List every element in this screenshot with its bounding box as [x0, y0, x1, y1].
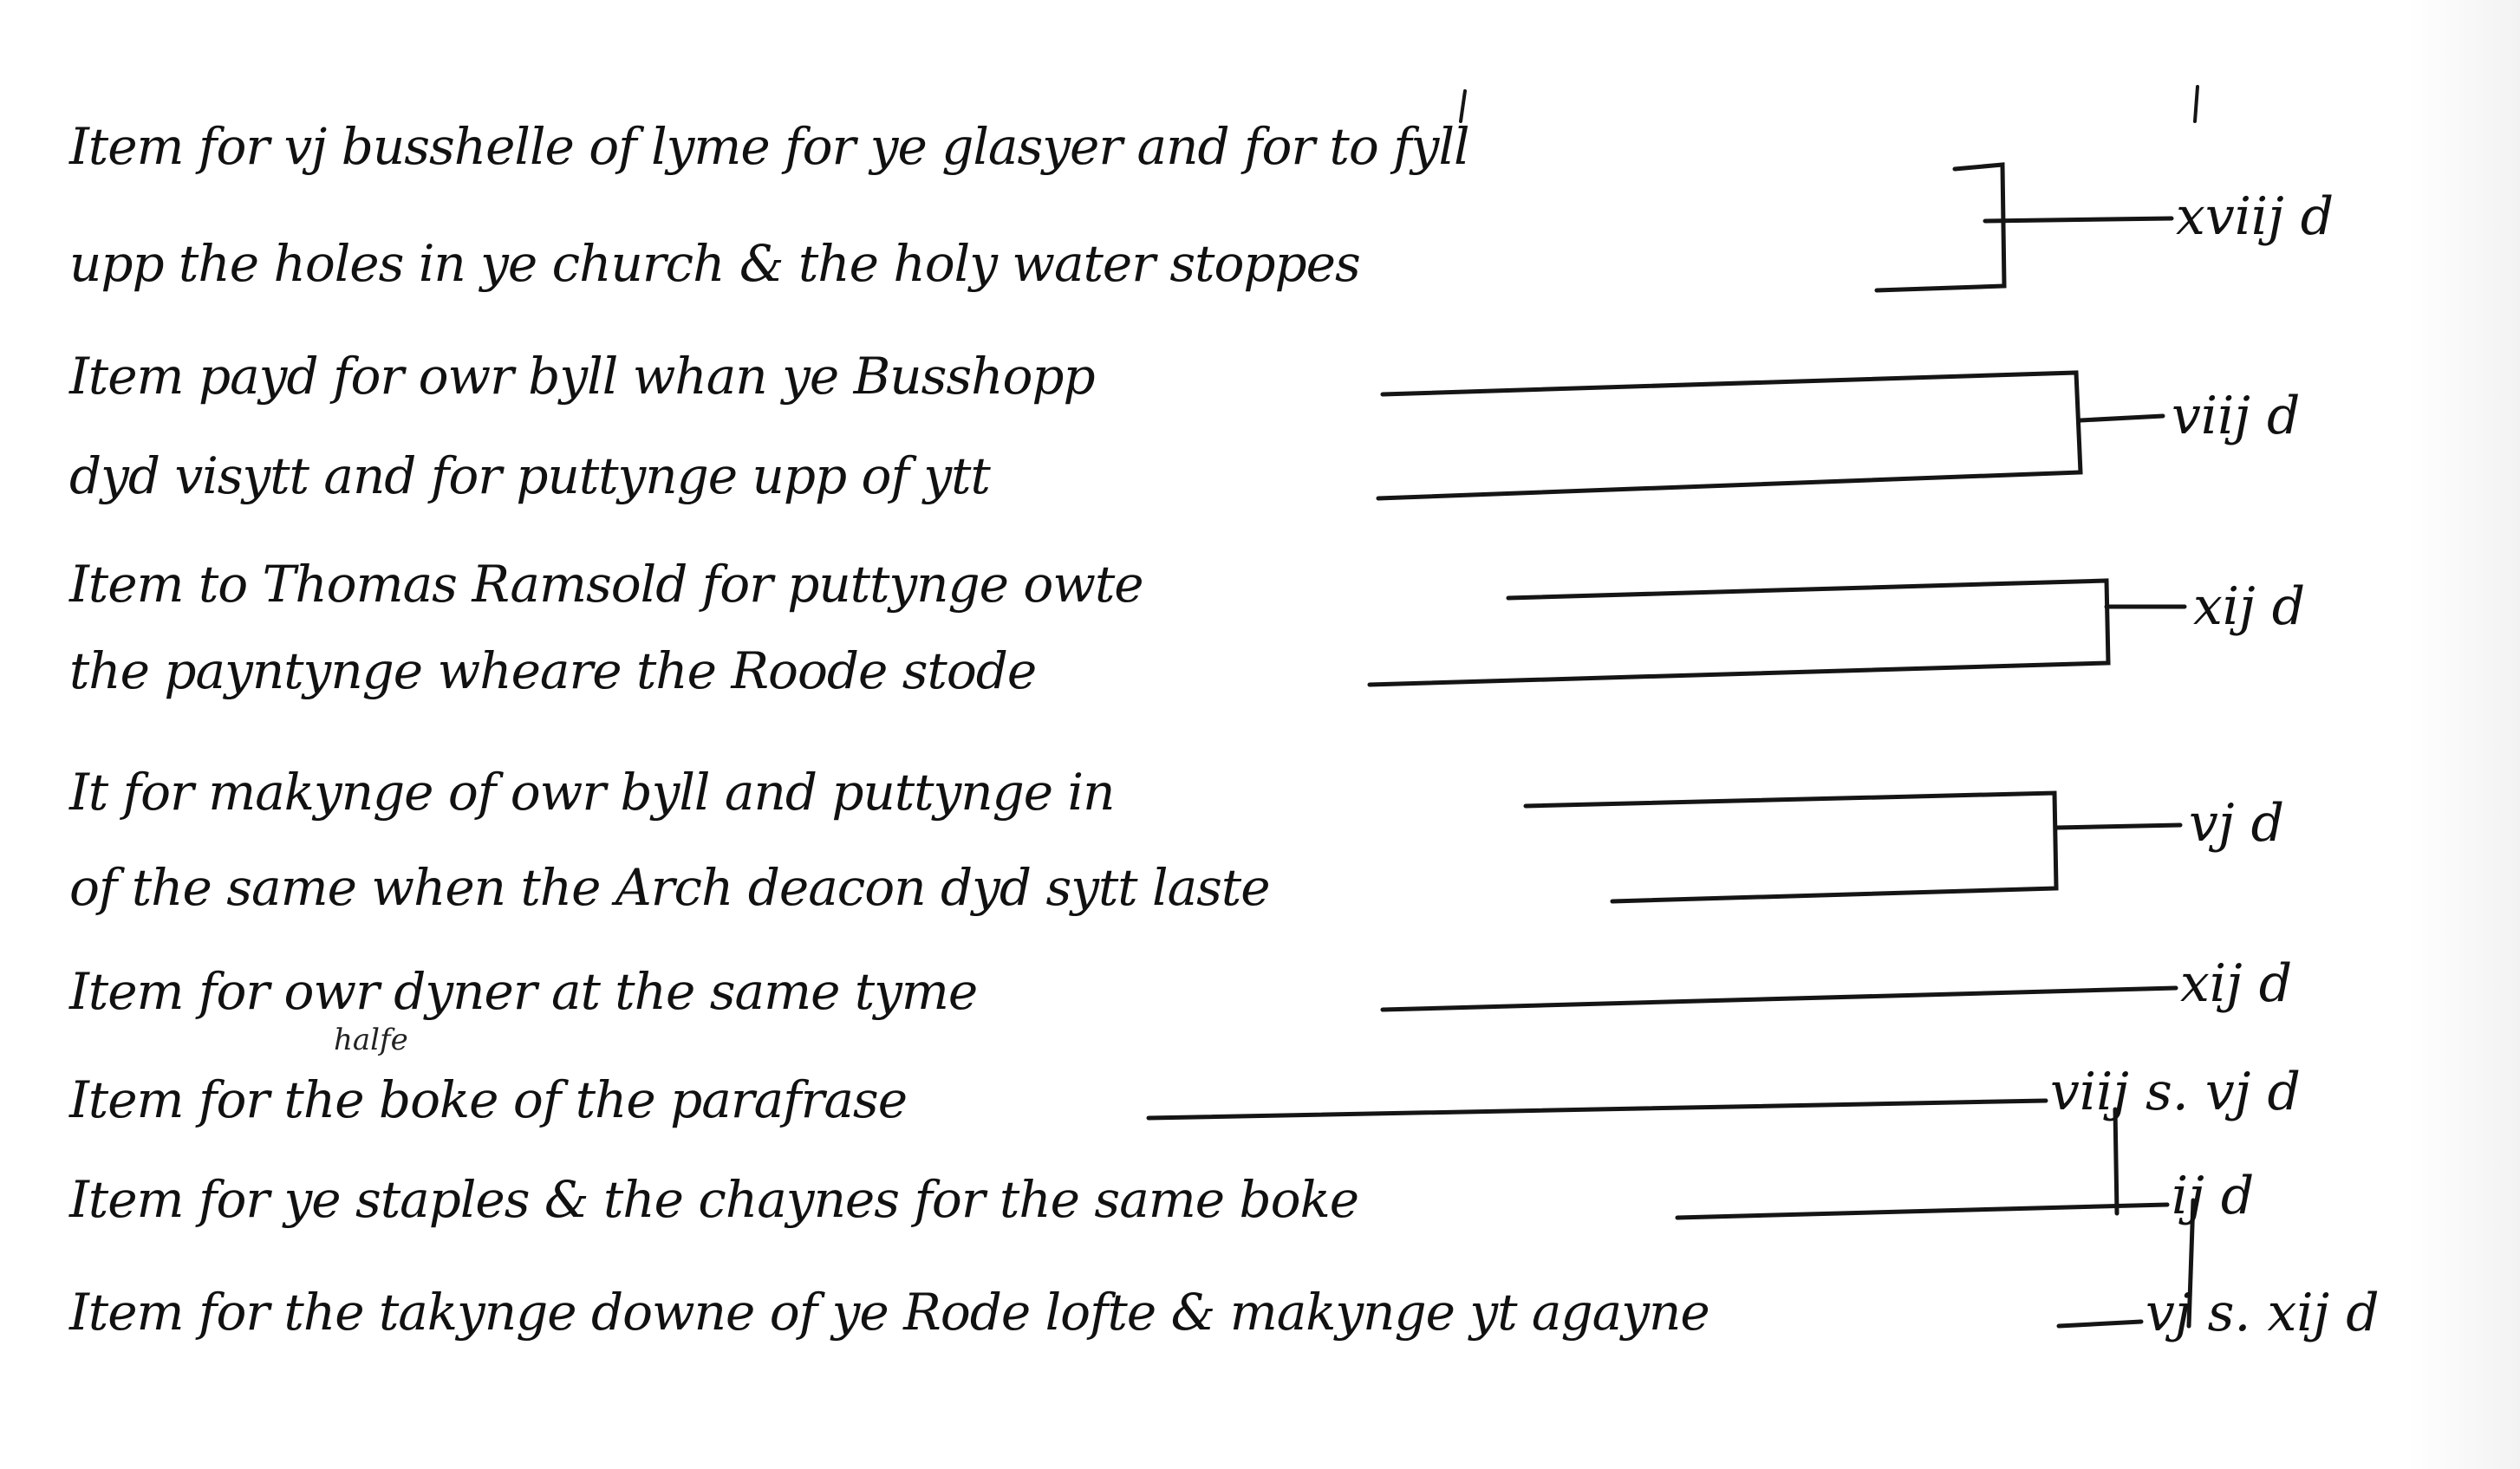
bracket-entry-3: [1370, 581, 2108, 685]
entry-1-line-2: upp the holes in ye church & the holy wa…: [69, 238, 1360, 289]
entry-7-sum: ij d: [2172, 1166, 2254, 1226]
entry-3-line-2: the payntynge wheare the Roode stode: [69, 646, 1036, 696]
leader-entry-8: [2059, 1322, 2141, 1326]
entry-1-sum: xviij d: [2176, 186, 2334, 247]
bracket-entry-2: [1378, 373, 2080, 498]
leader-entry-5: [1383, 988, 2176, 1010]
entry-2-line-2: dyd visytt and for puttynge upp of ytt: [69, 451, 990, 501]
bracket-entry-4: [1526, 793, 2056, 901]
entry-7-line-1: Item for ye staples & the chaynes for th…: [69, 1174, 1358, 1225]
manuscript-page: Item for vj busshelle of lyme for ye gla…: [0, 0, 2520, 1469]
entry-8-sum: vj s. xij d: [2146, 1283, 2380, 1343]
entry-3-line-1: Item to Thomas Ramsold for puttynge owte: [69, 559, 1143, 609]
entry-6-line-1: Item for the boke of the parafrase: [69, 1075, 907, 1125]
entry-4-line-2: of the same when the Arch deacon dyd syt…: [69, 862, 1270, 913]
entry-5-line-1: Item for owr dyner at the same tyme: [69, 966, 977, 1017]
entry-6-interlinear-insert: halfe: [334, 1023, 408, 1057]
entry-3-sum: xij d: [2193, 576, 2305, 637]
leader-entry-6: [1149, 1101, 2046, 1118]
entry-2-line-1: Item payd for owr byll whan ye Busshopp: [69, 351, 1095, 401]
entry-2-sum: viij d: [2172, 386, 2300, 446]
bracket-rules: [0, 0, 2520, 1469]
leader-entry-7: [1677, 1205, 2167, 1218]
entry-8-line-1: Item for the takynge downe of ye Rode lo…: [69, 1287, 1709, 1337]
entry-5-sum: xij d: [2180, 953, 2292, 1014]
bracket-entry-1: [1877, 165, 2004, 290]
entry-4-line-1: It for makynge of owr byll and puttynge …: [69, 767, 1114, 817]
entry-4-sum: vj d: [2189, 793, 2284, 854]
entry-1-line-1: Item for vj busshelle of lyme for ye gla…: [69, 121, 1469, 172]
entry-6-sum: viij s. vj d: [2050, 1062, 2301, 1122]
